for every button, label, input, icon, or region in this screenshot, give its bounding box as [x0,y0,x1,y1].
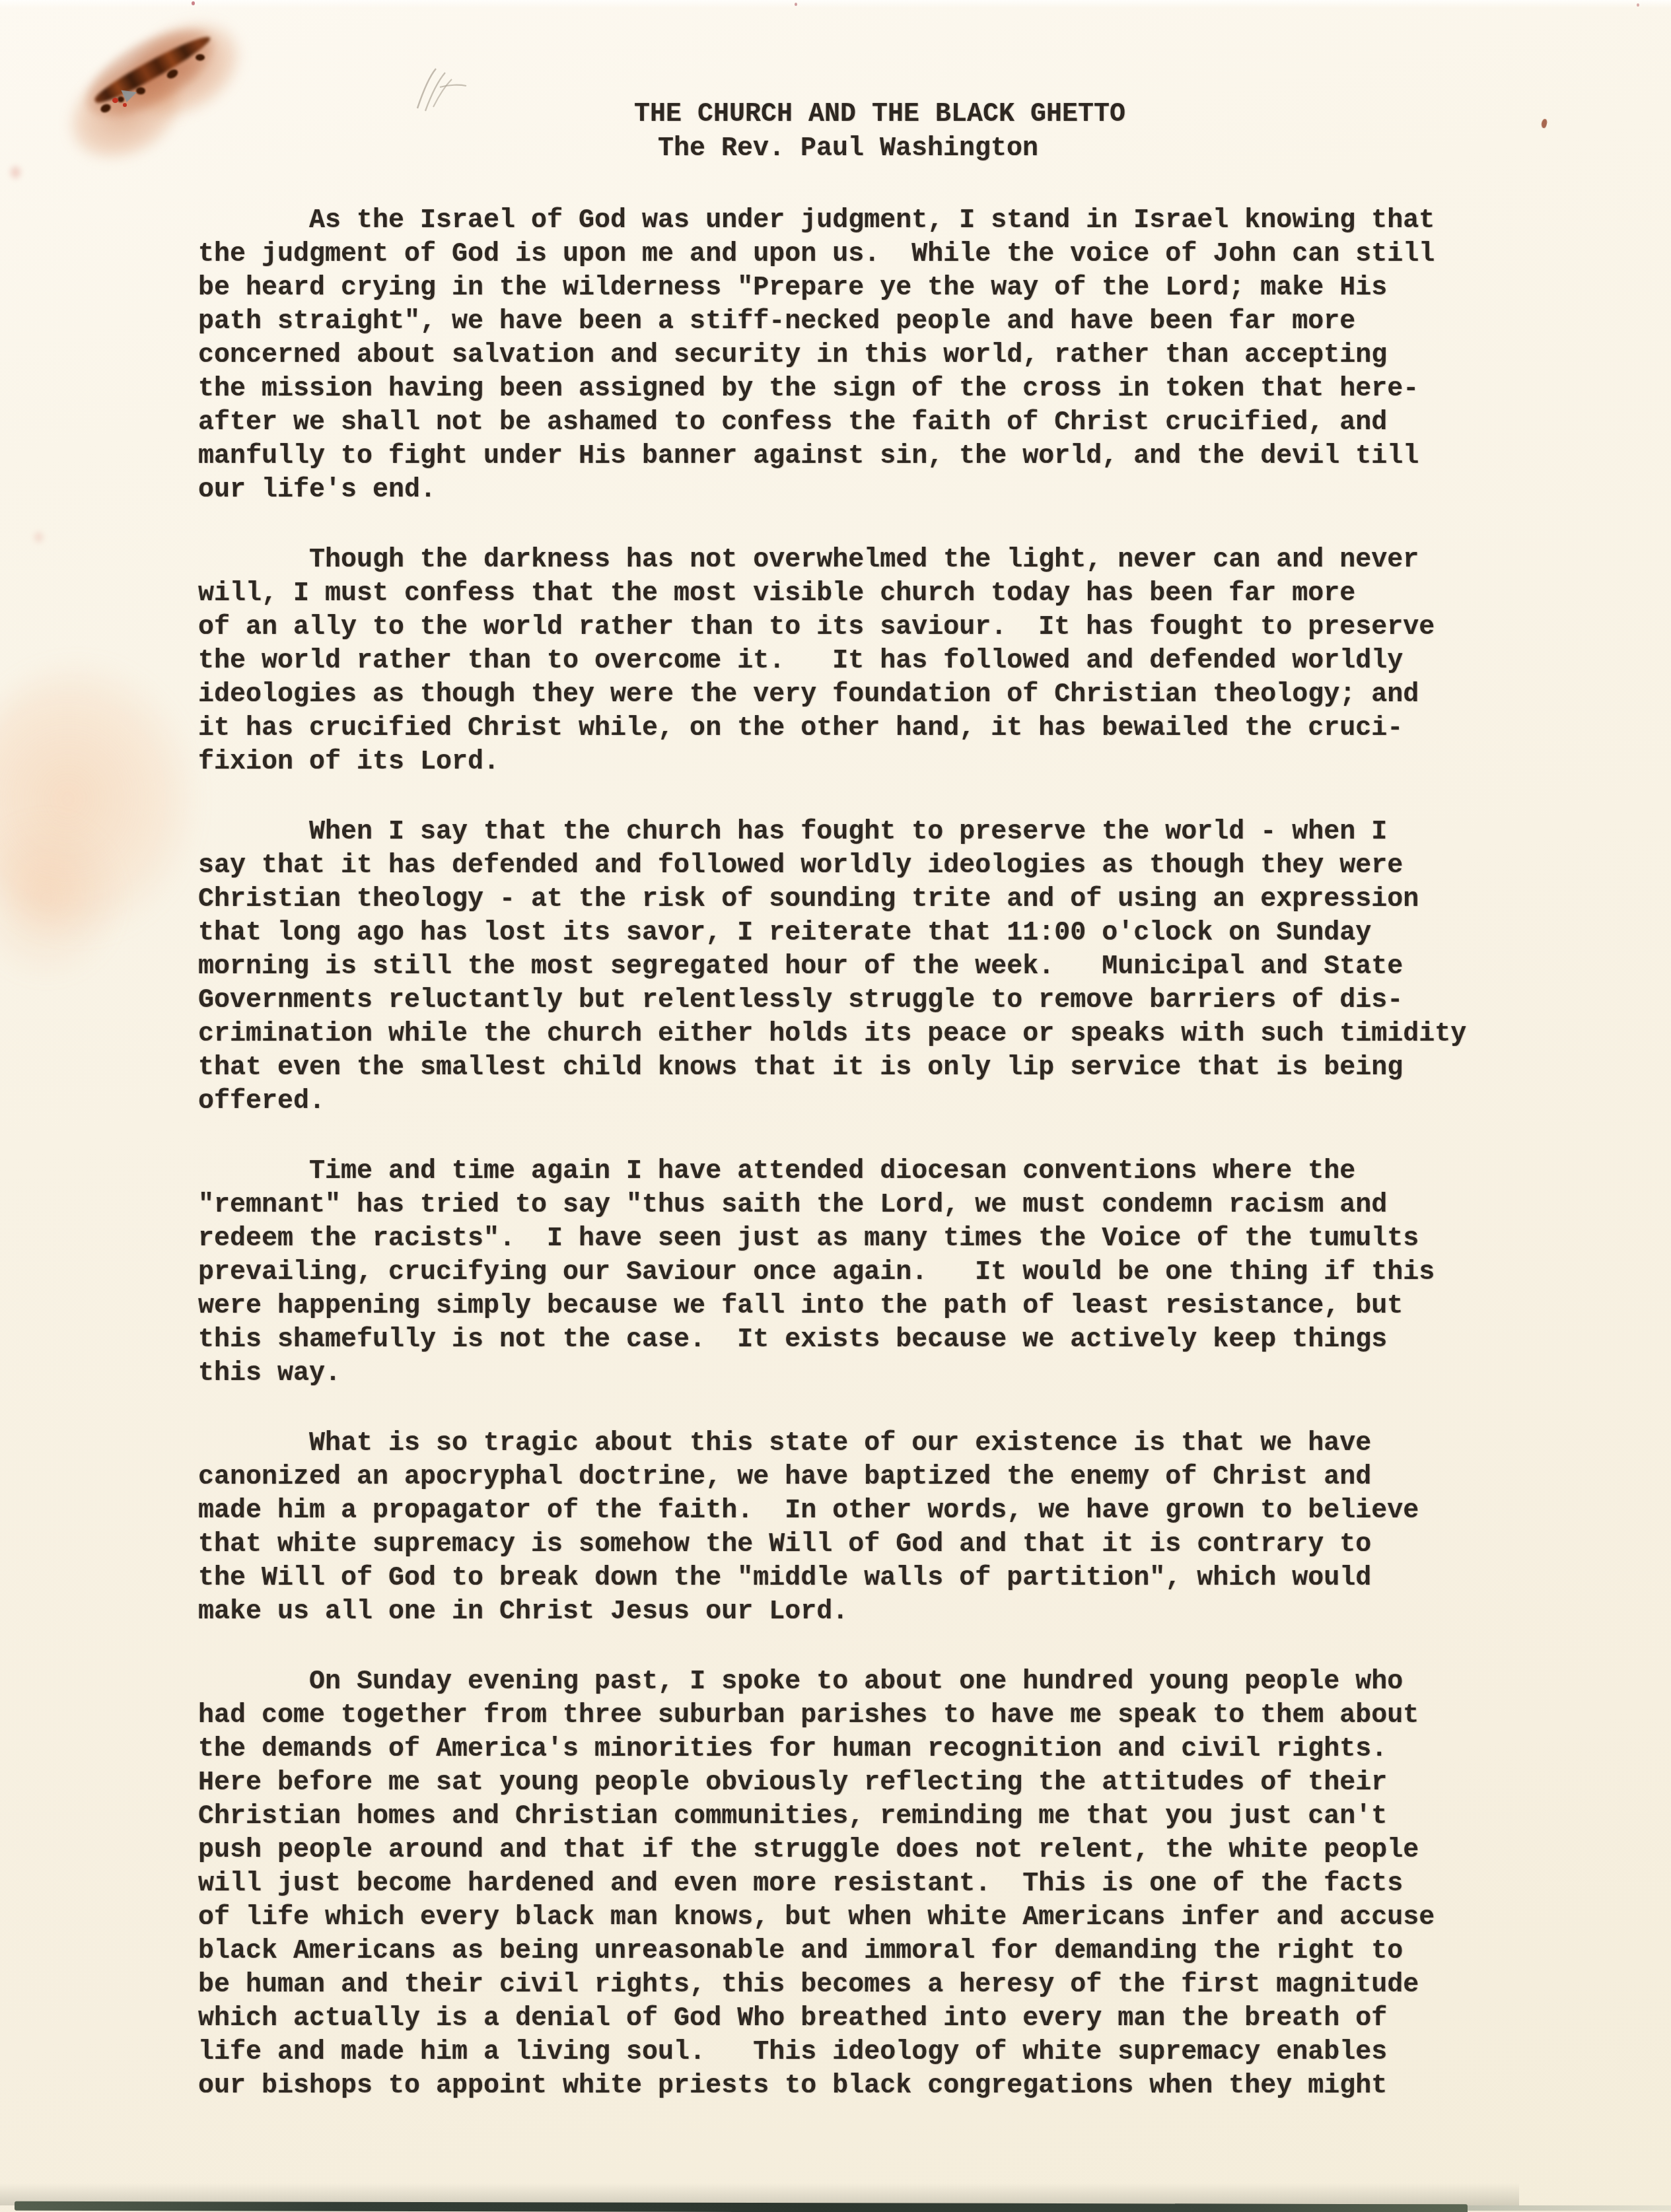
paragraph: As the Israel of God was under judgment,… [198,204,1526,507]
document-title: THE CHURCH AND THE BLACK GHETTO [634,98,1125,131]
page-bottom-shadow-right [1468,2205,1671,2211]
scanned-page: THE CHURCH AND THE BLACK GHETTO The Rev.… [0,0,1671,2212]
rust-stain-speck [136,87,145,94]
rust-stain-red-fleck [112,98,118,103]
rust-stain-body [71,10,228,135]
document-author: The Rev. Paul Washington [658,132,1038,166]
faded-speck [34,532,43,542]
paragraph: Though the darkness has not overwhelmed … [198,543,1526,779]
stray-ink-mark [1540,118,1547,129]
rust-stain-halo [53,46,198,179]
scan-edge-strip [0,0,1671,8]
pencil-mark [413,65,469,118]
rust-stain-speck [165,67,180,80]
faded-stain [0,667,192,931]
paragraph: What is so tragic about this state of ou… [198,1427,1526,1629]
rust-stain-halo [109,2,258,136]
ink-speck [192,1,195,5]
document-body: As the Israel of God was under judgment,… [198,204,1526,2103]
rust-stain-core-streak [91,30,214,109]
rust-stain-speck [118,96,124,102]
paragraph: Time and time again I have attended dioc… [198,1155,1526,1391]
rust-stain-hole [120,90,137,103]
rust-stain-red-fleck [123,103,127,107]
faded-stain [0,819,119,977]
faded-speck [11,166,20,178]
paragraph: When I say that the church has fought to… [198,815,1526,1119]
ink-speck [1637,3,1639,7]
ink-speck [795,3,797,6]
paragraph: On Sunday evening past, I spoke to about… [198,1665,1526,2103]
rust-stain-speck [196,54,205,61]
rust-stain-speck [99,102,112,114]
